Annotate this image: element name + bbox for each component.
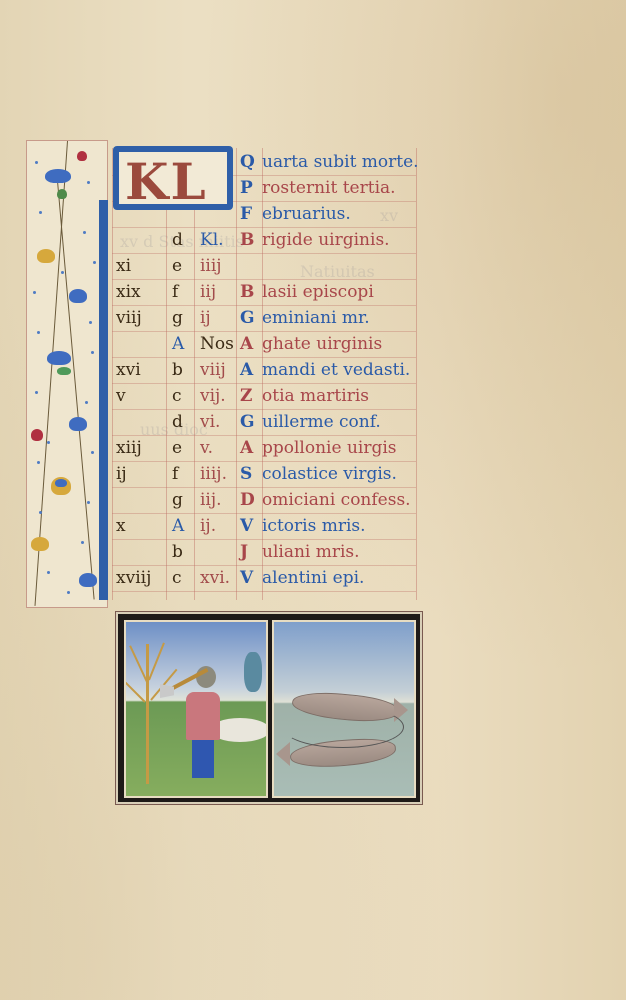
gold-flower-icon: [31, 537, 49, 551]
leaf-icon: [57, 189, 67, 199]
blue-flower-icon: [79, 573, 97, 587]
gold-flower-icon: [37, 249, 55, 263]
header-line: P rosternit tertia.: [112, 176, 442, 202]
zodiac-pisces-miniature: [272, 620, 416, 798]
calendar-row: d vi. G uillerme conf.: [112, 410, 442, 436]
calendar-row: b J uliani mris.: [112, 540, 442, 566]
blue-flower-icon: [69, 289, 87, 303]
miniature-frame: [116, 612, 422, 804]
calendar-row: xix f iij B lasii episcopi: [112, 280, 442, 306]
labour-of-month-miniature: [124, 620, 268, 798]
bare-tree-icon: [146, 644, 149, 784]
vine-stem: [57, 181, 95, 599]
header-line: Q uarta subit morte.: [112, 150, 442, 176]
calendar-row: xiij e v. A ppollonie uirgis: [112, 436, 442, 462]
calendar-row: xviij c xvi. V alentini epi.: [112, 566, 442, 592]
bush-icon: [244, 652, 262, 692]
calendar-row: ij f iiij. S colastice virgis.: [112, 462, 442, 488]
blue-flower-icon: [69, 417, 87, 431]
blue-flower-icon: [47, 351, 71, 365]
calendar-row: xvi b viij A mandi et vedasti.: [112, 358, 442, 384]
peasant-legs: [192, 738, 214, 778]
calendar-row: viij g ij G eminiani mr.: [112, 306, 442, 332]
calendar-row: xi e iiij: [112, 254, 442, 280]
calendar-row: A Nos A ghate uirginis: [112, 332, 442, 358]
calendar-row: g iij. D omiciani confess.: [112, 488, 442, 514]
red-flower-icon: [31, 429, 43, 441]
calendar-row: x A ij. V ictoris mris.: [112, 514, 442, 540]
floral-border: [26, 140, 108, 608]
initial-extender-bar: [99, 200, 108, 600]
connecting-cord: [282, 706, 404, 748]
red-bud-icon: [77, 151, 87, 161]
calendar-row: d Kl. B rigide uirginis.: [112, 228, 442, 254]
blue-flower-icon: [55, 479, 67, 487]
leaf-icon: [57, 367, 71, 375]
blue-flower-icon: [45, 169, 71, 183]
fish-tail-icon: [276, 742, 290, 766]
header-line: F ebruarius.: [112, 202, 442, 228]
calendar-row: v c vij. Z otia martiris: [112, 384, 442, 410]
peasant-figure: [186, 692, 220, 740]
